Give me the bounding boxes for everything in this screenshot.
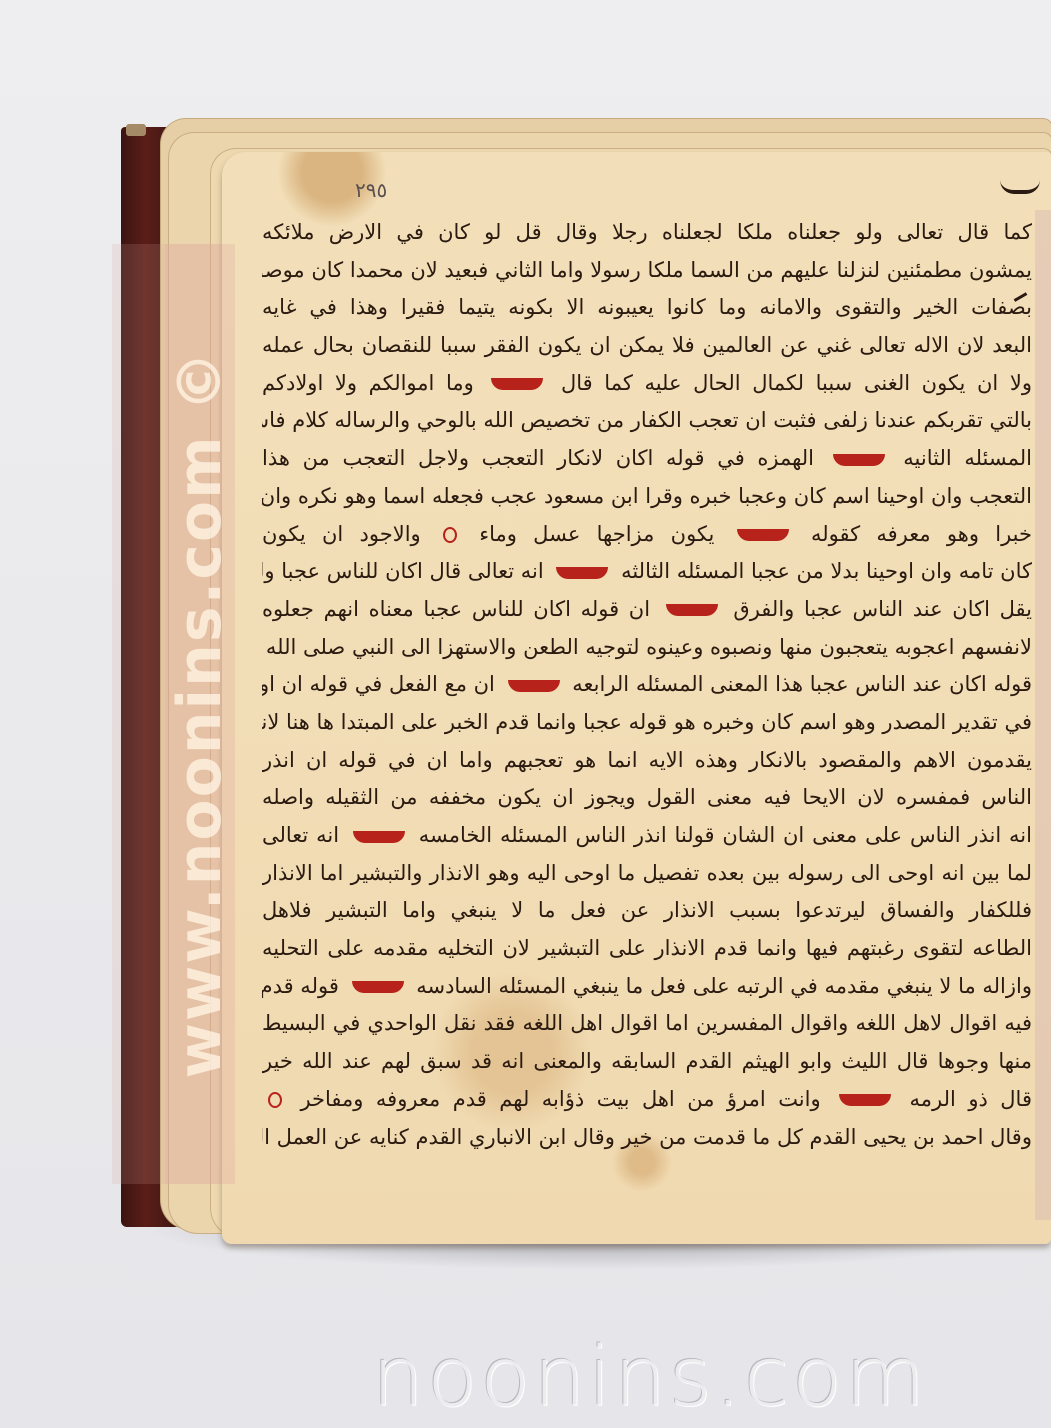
red-rubric-overline [666, 604, 718, 616]
manuscript-text: كما قال تعالى ولو جعلناه ملكا لجعلناه رج… [262, 214, 1032, 1156]
manuscript-line: المسئله الثانيه الهمزه في قوله اكان لانك… [262, 440, 1032, 478]
manuscript-line: ولا ان يكون الغنى سببا لكمال الحال عليه … [262, 365, 1032, 403]
red-verse-marker [443, 527, 457, 543]
manuscript-line: انه انذر الناس على معنى ان الشان قولنا ا… [262, 817, 1032, 855]
red-rubric-overline [353, 831, 405, 843]
vertical-watermark-text: www.noonins.com © [165, 349, 235, 1078]
manuscript-line: الطاعه لتقوى رغبتهم فيها وانما قدم الانذ… [262, 930, 1032, 968]
manuscript-line: قوله اكان عند الناس عجبا هذا المعنى المس… [262, 666, 1032, 704]
manuscript-line: لما بين انه اوحى الى رسوله بين بعده تفصي… [262, 855, 1032, 893]
manuscript-line: كما قال تعالى ولو جعلناه ملكا لجعلناه رج… [262, 214, 1032, 252]
manuscript-line: قال ذو الرمه وانت امرؤ من اهل بيت ذؤابه … [262, 1081, 1032, 1119]
manuscript-line: بالتي تقربكم عندنا زلفى فثبت ان تعجب الك… [262, 402, 1032, 440]
red-rubric-overline [352, 981, 404, 993]
red-rubric-overline [839, 1094, 891, 1106]
cover-tab [126, 124, 146, 136]
manuscript-line: يقل اكان عند الناس عجبا والفرق ان قوله ا… [262, 591, 1032, 629]
manuscript-line: خبرا وهو معرفه كقوله يكون مزاجها عسل وما… [262, 516, 1032, 554]
manuscript-line: وقال احمد بن يحيى القدم كل ما قدمت من خي… [262, 1119, 1032, 1157]
manuscript-line: فللكفار والفساق ليرتدعوا بسبب الانذار عن… [262, 892, 1032, 930]
red-rubric-overline [833, 454, 885, 466]
manuscript-line: لانفسهم اعجوبه يتعجبون منها ونصبوه وعينو… [262, 629, 1032, 667]
manuscript-line: يقدمون الاهم والمقصود بالانكار وهذه الاي… [262, 742, 1032, 780]
red-rubric-overline [556, 567, 608, 579]
manuscript-line: البعد لان الاله تعالى غني عن العالمين فل… [262, 327, 1032, 365]
red-rubric-overline [508, 680, 560, 692]
manuscript-line: الناس فمفسره لان الايحا فيه معنى القول و… [262, 779, 1032, 817]
red-rubric-overline [737, 529, 789, 541]
vertical-watermark: www.noonins.com © [165, 244, 235, 1184]
folio-number: ٢٩٥ [355, 178, 387, 202]
manuscript-line: في تقدير المصدر وهو اسم كان وخبره هو قول… [262, 704, 1032, 742]
manuscript-line: يمشون مطمئنين لنزلنا عليهم من السما ملكا… [262, 252, 1032, 290]
manuscript-line: وازاله ما لا ينبغي مقدمه في الرتبه على ف… [262, 968, 1032, 1006]
watermark-right-strip [1035, 210, 1051, 1220]
manuscript-line: بصفات الخير والتقوى والامانه وما كانوا ي… [262, 289, 1032, 327]
manuscript-line: كان تامه وان اوحينا بدلا من عجبا المسئله… [262, 553, 1032, 591]
manuscript-line: فيه اقوال لاهل اللغه واقوال المفسرين اما… [262, 1005, 1032, 1043]
red-verse-marker [268, 1092, 282, 1108]
manuscript-line: منها وجوها قال الليث وابو الهيثم القدم ا… [262, 1043, 1032, 1081]
bottom-watermark: noonins.com [330, 1330, 970, 1425]
manuscript-line: التعجب وان اوحينا اسم كان وعجبا خبره وقر… [262, 478, 1032, 516]
red-rubric-overline [491, 378, 543, 390]
